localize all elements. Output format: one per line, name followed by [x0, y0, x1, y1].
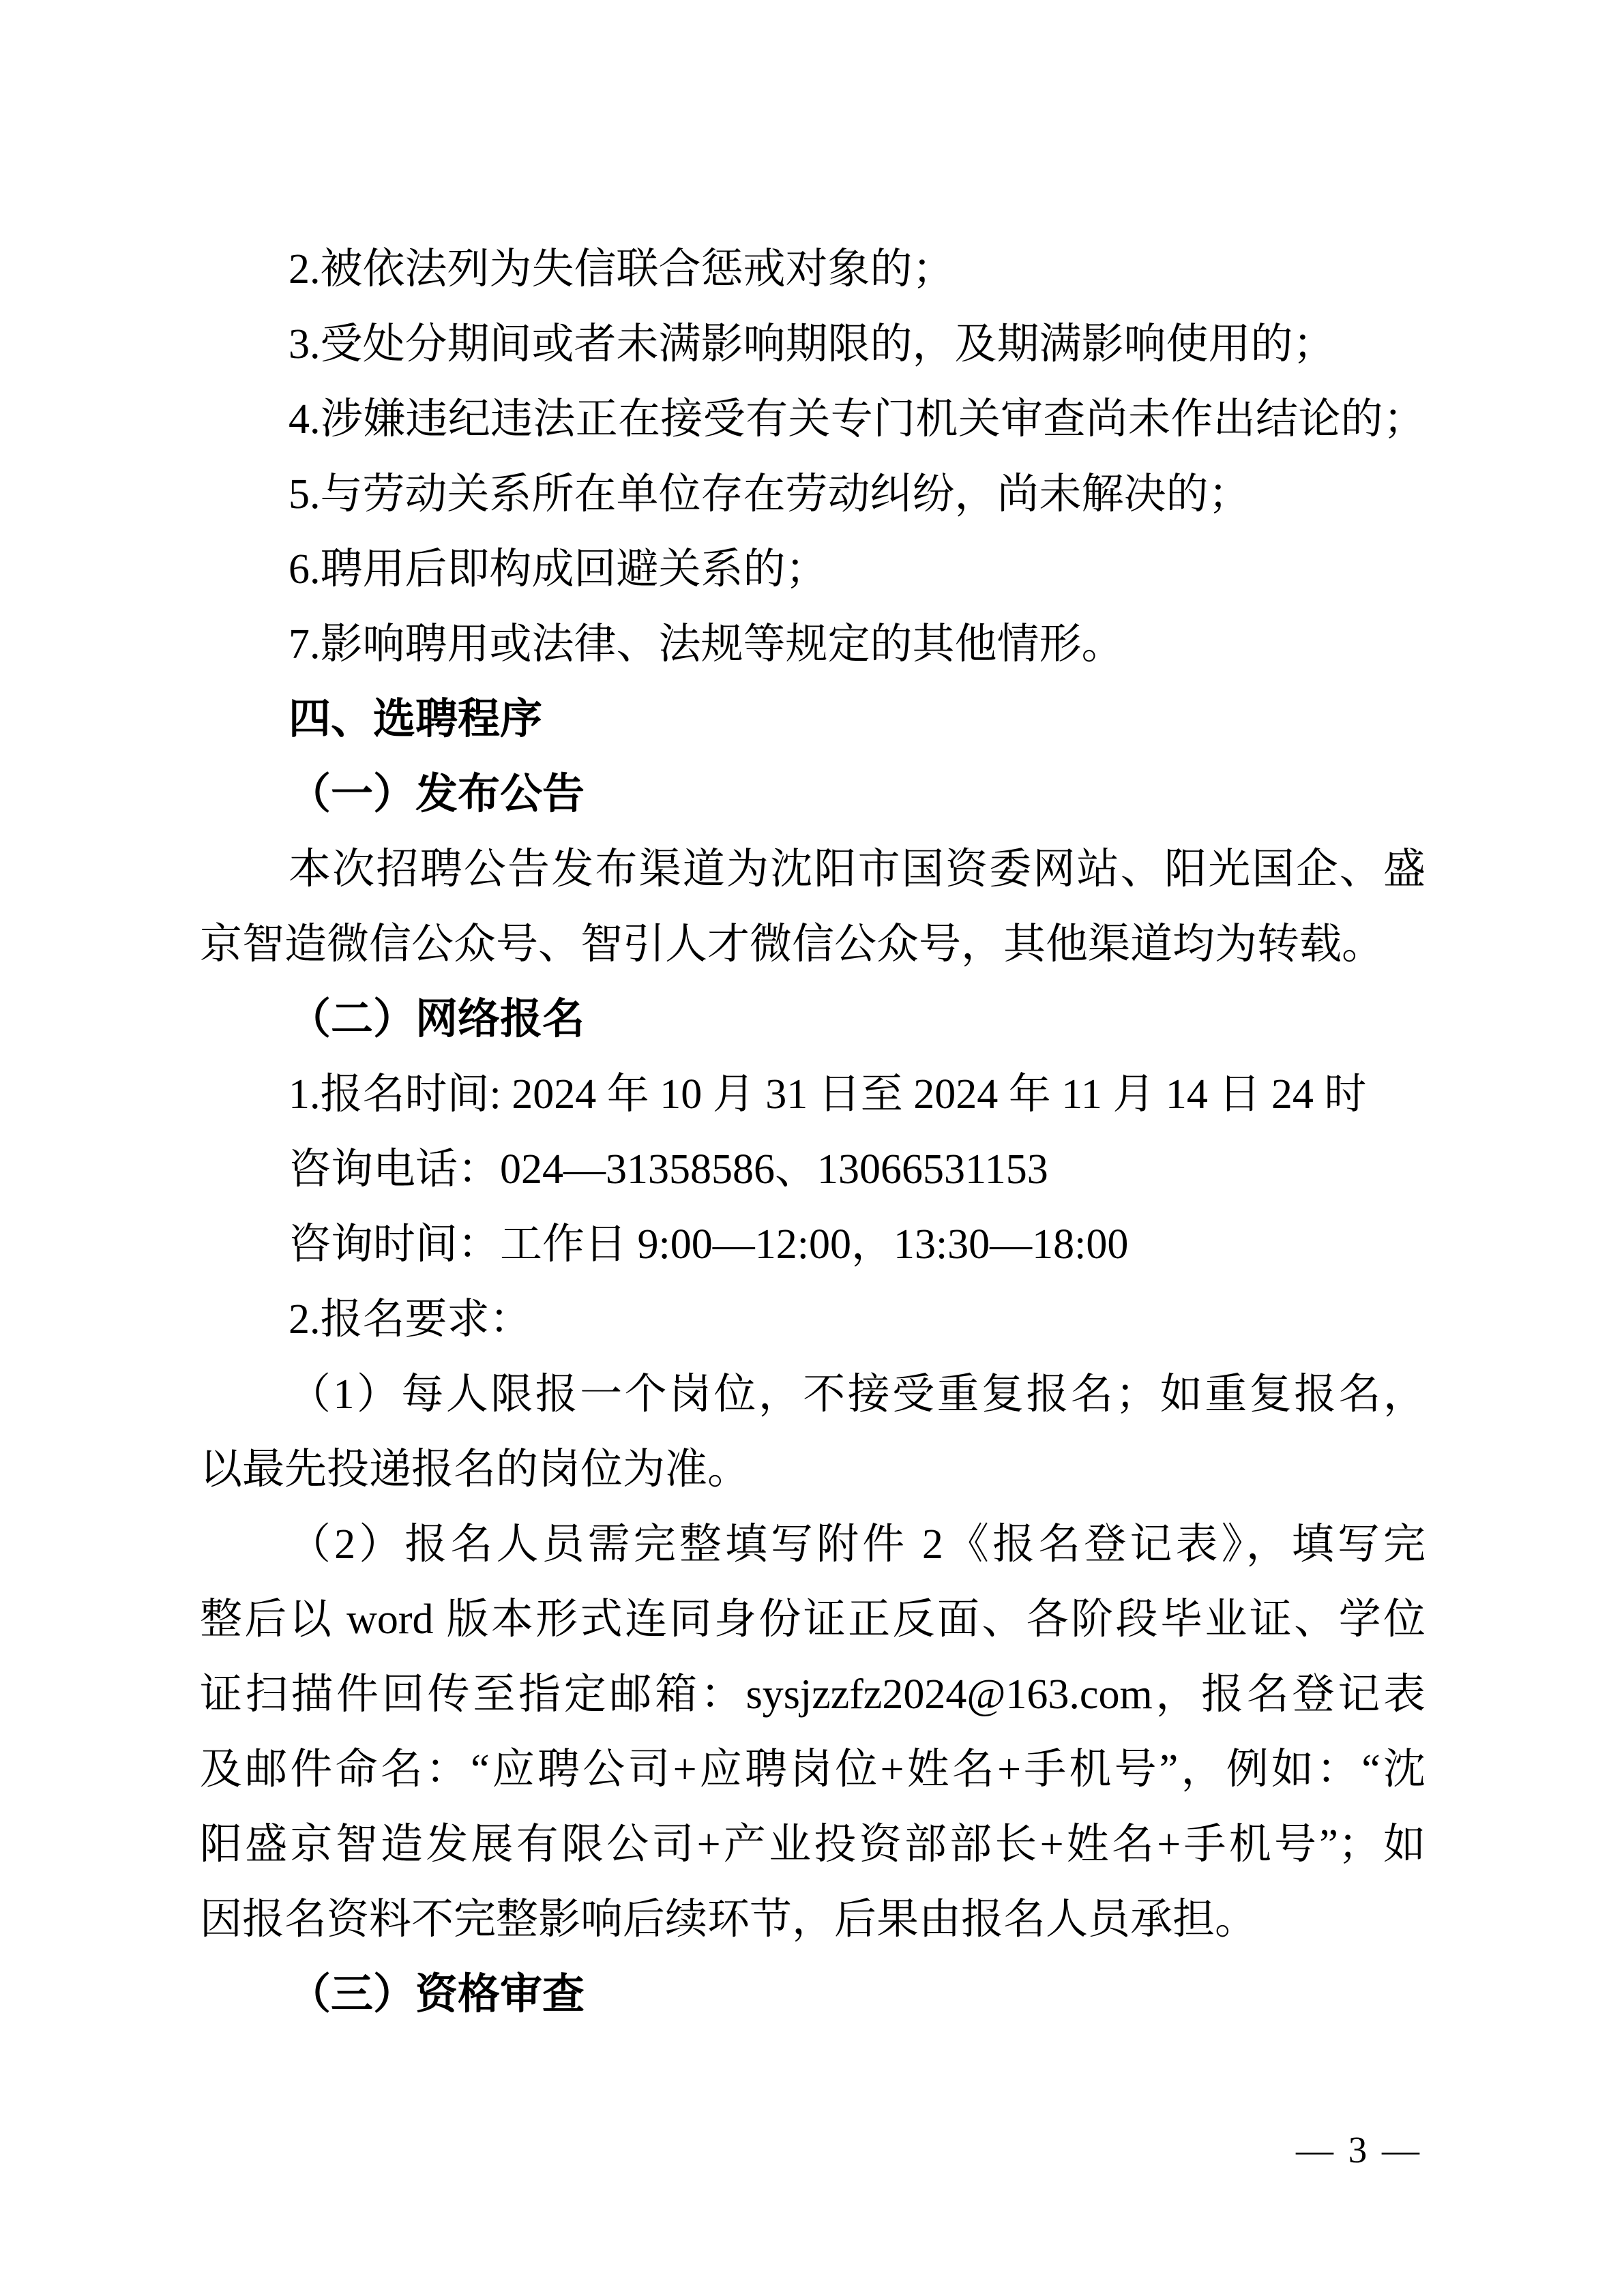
text-line: 以最先投递报名的岗位为准。	[200, 1432, 1426, 1507]
text-line: 1.报名时间: 2024 年 10 月 31 日至 2024 年 11 月 14…	[200, 1057, 1426, 1132]
text-line: 6.聘用后即构成回避关系的；	[200, 532, 1426, 607]
text-line: 本次招聘公告发布渠道为沈阳市国资委网站、阳光国企、盛	[200, 832, 1426, 907]
text-line: （2）报名人员需完整填写附件 2《报名登记表》，填写完	[200, 1507, 1426, 1582]
text-line: 阳盛京智造发展有限公司+产业投资部部长+姓名+手机号”；如	[200, 1807, 1426, 1882]
text-line: 咨询电话：024—31358586、13066531153	[200, 1132, 1426, 1207]
subsection-heading: （二）网络报名	[200, 982, 1426, 1057]
text-line: 4.涉嫌违纪违法正在接受有关专门机关审查尚未作出结论的；	[200, 382, 1426, 457]
text-line: （1）每人限报一个岗位，不接受重复报名；如重复报名，	[200, 1357, 1426, 1432]
text-line: 7.影响聘用或法律、法规等规定的其他情形。	[200, 607, 1426, 682]
text-line: 咨询时间：工作日 9:00—12:00，13:30—18:00	[200, 1207, 1426, 1282]
document-page: 2.被依法列为失信联合惩戒对象的；3.受处分期间或者未满影响期限的，及期满影响使…	[0, 0, 1624, 2296]
text-line: 证扫描件回传至指定邮箱：sysjzzfz2024@163.com，报名登记表	[200, 1657, 1426, 1732]
text-line: 2.报名要求：	[200, 1282, 1426, 1357]
section-heading: 四、选聘程序	[200, 682, 1426, 757]
text-line: 整后以 word 版本形式连同身份证正反面、各阶段毕业证、学位	[200, 1582, 1426, 1657]
text-line: 京智造微信公众号、智引人才微信公众号，其他渠道均为转载。	[200, 907, 1426, 982]
text-line: 2.被依法列为失信联合惩戒对象的；	[200, 232, 1426, 307]
page-number: — 3 —	[1296, 2126, 1422, 2174]
subsection-heading: （一）发布公告	[200, 757, 1426, 832]
text-line: 5.与劳动关系所在单位存在劳动纠纷，尚未解决的；	[200, 457, 1426, 532]
text-line: 3.受处分期间或者未满影响期限的，及期满影响使用的；	[200, 307, 1426, 382]
subsection-heading: （三）资格审查	[200, 1957, 1426, 2032]
document-body: 2.被依法列为失信联合惩戒对象的；3.受处分期间或者未满影响期限的，及期满影响使…	[200, 232, 1426, 2032]
text-line: 因报名资料不完整影响后续环节，后果由报名人员承担。	[200, 1882, 1426, 1957]
text-line: 及邮件命名：“应聘公司+应聘岗位+姓名+手机号”，例如：“沈	[200, 1732, 1426, 1807]
